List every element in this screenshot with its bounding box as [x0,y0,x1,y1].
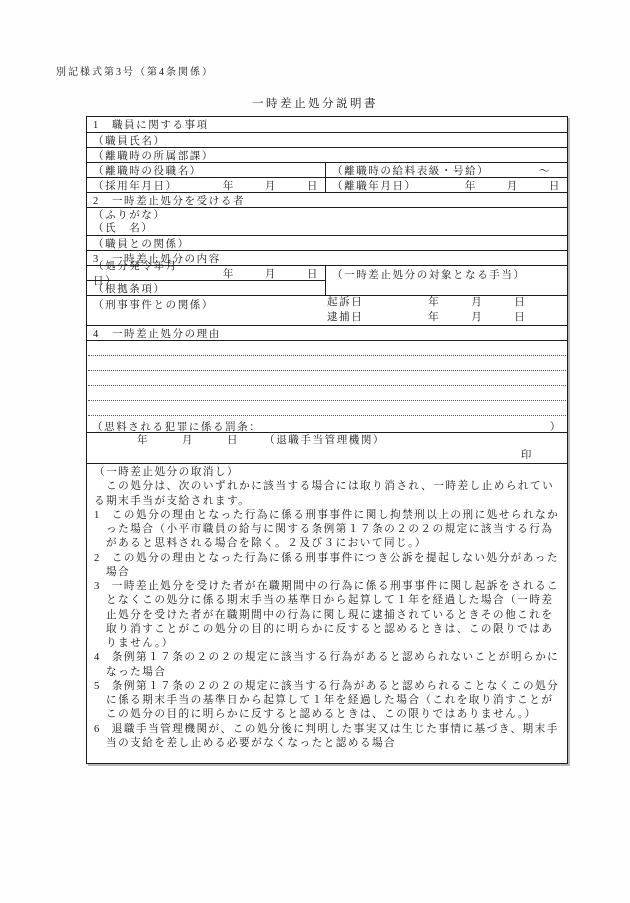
signature-date-line: 年 月 日 （退職手当管理機関） [87,433,567,448]
leave-date-units: 年 月 日 [435,178,561,193]
position-salary-row: （離職時の役職名） （離職時の給料表級・号給） ～ [87,162,567,177]
arrest-date-line: 逮捕日 年 月 日 [327,311,526,326]
item-text: この処分の理由となった行為に係る刑事事件につき公訴を提起しない処分があった場合 [106,553,559,578]
day-unit: 日 [519,178,561,193]
cancellation-item: 5条例第１７条の２の２の規定に該当する行為があると認められることなくこの処分に係… [94,680,560,723]
hire-date-units: 年 月 日 [193,178,319,193]
legal-basis-label: （根拠条項） [93,281,166,296]
item-number: 4 [94,652,101,663]
hire-date-label: （採用年月日） [93,178,178,193]
leave-date-cell: （離職年月日） 年 月 日 [326,178,567,192]
salary-grade-cell: （離職時の給料表級・号給） ～ [326,163,567,177]
year-unit: 年 [397,311,440,326]
penal-provision-close: ） [550,419,562,434]
furigana-name-row: （ふりがな） （氏 名） [87,207,567,235]
cancellation-item: 2この処分の理由となった行為に係る刑事事件につき公訴を提起しない処分があった場合 [94,552,560,581]
position-cell: （離職時の役職名） [87,163,326,177]
penal-provision-label: （思料される犯罪に係る罰条： [92,419,261,434]
section1-header: 1 職員に関する事項 [87,117,567,132]
month-unit: 月 [182,433,227,448]
seal-line: 印 [87,448,567,463]
year-unit: 年 [137,433,182,448]
prosecution-date-line: 起訴日 年 月 日 [327,296,526,311]
item-text: 条例第１７条の２の２の規定に該当する行為があると認められないことが明らかになった… [106,652,559,677]
form-reference: 別記様式第3号（第4条関係） [56,63,214,78]
order-basis-column: （処分発令年月日） 年 月 日 （根拠条項） [87,266,326,295]
day-unit: 日 [277,266,319,281]
document-title: 一時差止処分説明書 [0,95,630,111]
relation-label: （職員との関係） [87,236,567,250]
year-unit: 年 [193,178,235,193]
cancellation-heading: （一時差止処分の取消し） [94,466,560,480]
prosecution-label: 起訴日 [327,296,363,311]
department-row: （離職時の所属部課） [87,147,567,162]
hire-date-cell: （採用年月日） 年 月 日 [87,178,326,192]
item-text: この処分の理由となった行為に係る刑事事件に関し拘禁刑以上の刑に処せられなかった場… [106,510,559,550]
item-number: 6 [94,724,101,735]
item-number: 3 [94,581,101,592]
item-text: 条例第１７条の２の２の規定に該当する行為があると認められることなくこの処分に係る… [106,681,559,721]
document-page: 別記様式第3号（第4条関係） 一時差止処分説明書 1 職員に関する事項 （職員氏… [0,0,630,903]
month-unit: 月 [477,178,519,193]
position-label: （離職時の役職名） [93,163,202,178]
day-unit: 日 [483,311,526,326]
criminal-dates-block: 起訴日 年 月 日 逮捕日 年 月 日 [327,296,526,325]
write-in-line [88,371,566,386]
day-unit: 日 [483,296,526,311]
year-unit: 年 [397,296,440,311]
furigana-label: （ふりがな） [93,209,166,222]
name-label: （氏 名） [93,222,154,235]
item-text: 一時差止処分を受けた者が在職期間中の行為に係る刑事事件に関し起訴をされることなく… [106,581,559,649]
cancellation-item: 6退職手当管理機関が、この処分後に判明した事実又は生じた事情に基づき、期末手当の… [94,723,560,752]
leave-date-label: （離職年月日） [332,178,417,193]
signature-row: 年 月 日 （退職手当管理機関） 印 [87,432,567,463]
arrest-label: 逮捕日 [327,311,363,326]
section4-header-row: 4 一時差止処分の理由 [87,325,567,340]
section2-header-row: 2 一時差止処分を受ける者 [87,192,567,207]
staff-name-label: （職員氏名） [87,133,567,147]
order-date-units: 年 月 日 [193,266,319,281]
month-unit: 月 [440,311,483,326]
legal-basis-cell: （根拠条項） [87,281,325,295]
section2-header: 2 一時差止処分を受ける者 [87,193,567,207]
suspension-form-table: 1 職員に関する事項 （職員氏名） （離職時の所属部課） （離職時の役職名） （… [86,116,568,764]
write-in-line [88,386,566,401]
cancellation-item: 1この処分の理由となった行為に係る刑事事件に関し拘禁刑以上の刑に処せられなかった… [94,509,560,552]
day-unit: 日 [227,433,239,448]
cancellation-intro: この処分は、次のいずれかに該当する場合には取り消され、一時差し止められている期末… [94,480,560,509]
order-date-cell: （処分発令年月日） 年 月 日 [87,266,325,281]
staff-name-row: （職員氏名） [87,132,567,147]
month-unit: 月 [235,266,277,281]
month-unit: 月 [440,296,483,311]
write-in-line [88,341,566,356]
cancellation-item: 3一時差止処分を受けた者が在職期間中の行為に係る刑事事件に関し起訴をされることな… [94,580,560,651]
cancellation-item: 4条例第１７条の２の２の規定に該当する行為があると認められないことが明らかになっ… [94,651,560,680]
day-unit: 日 [277,178,319,193]
section1-header-row: 1 職員に関する事項 [87,117,567,132]
relation-row: （職員との関係） [87,235,567,250]
year-unit: 年 [193,266,235,281]
department-label: （離職時の所属部課） [87,148,567,162]
order-allowance-row: （処分発令年月日） 年 月 日 （根拠条項） （一時差止処分の対象となる手当） [87,265,567,295]
year-unit: 年 [435,178,477,193]
reason-write-in-area: （思料される犯罪に係る罰条： ） [87,340,567,432]
hire-leave-date-row: （採用年月日） 年 月 日 （離職年月日） 年 月 日 [87,177,567,192]
item-number: 1 [94,510,101,521]
item-number: 2 [94,553,101,564]
criminal-relation-label: （刑事事件との関係） [87,296,220,312]
tilde-mark: ～ [539,163,561,178]
month-unit: 月 [235,178,277,193]
target-allowance-cell: （一時差止処分の対象となる手当） [326,266,567,295]
section4-header: 4 一時差止処分の理由 [87,326,567,340]
seal-mark: 印 [521,450,533,461]
target-allowance-label: （一時差止処分の対象となる手当） [332,267,526,282]
write-in-line [88,401,566,416]
write-in-line [88,356,566,371]
cancellation-notes: （一時差止処分の取消し） この処分は、次のいずれかに該当する場合には取り消され、… [87,463,567,763]
salary-grade-label: （離職時の給料表級・号給） [332,163,489,178]
criminal-relation-row: （刑事事件との関係） 起訴日 年 月 日 逮捕日 年 月 日 [87,295,567,325]
agency-label: （退職手当管理機関） [264,433,385,448]
item-text: 退職手当管理機関が、この処分後に判明した事実又は生じた事情に基づき、期末手当の支… [106,724,559,749]
item-number: 5 [94,681,101,692]
